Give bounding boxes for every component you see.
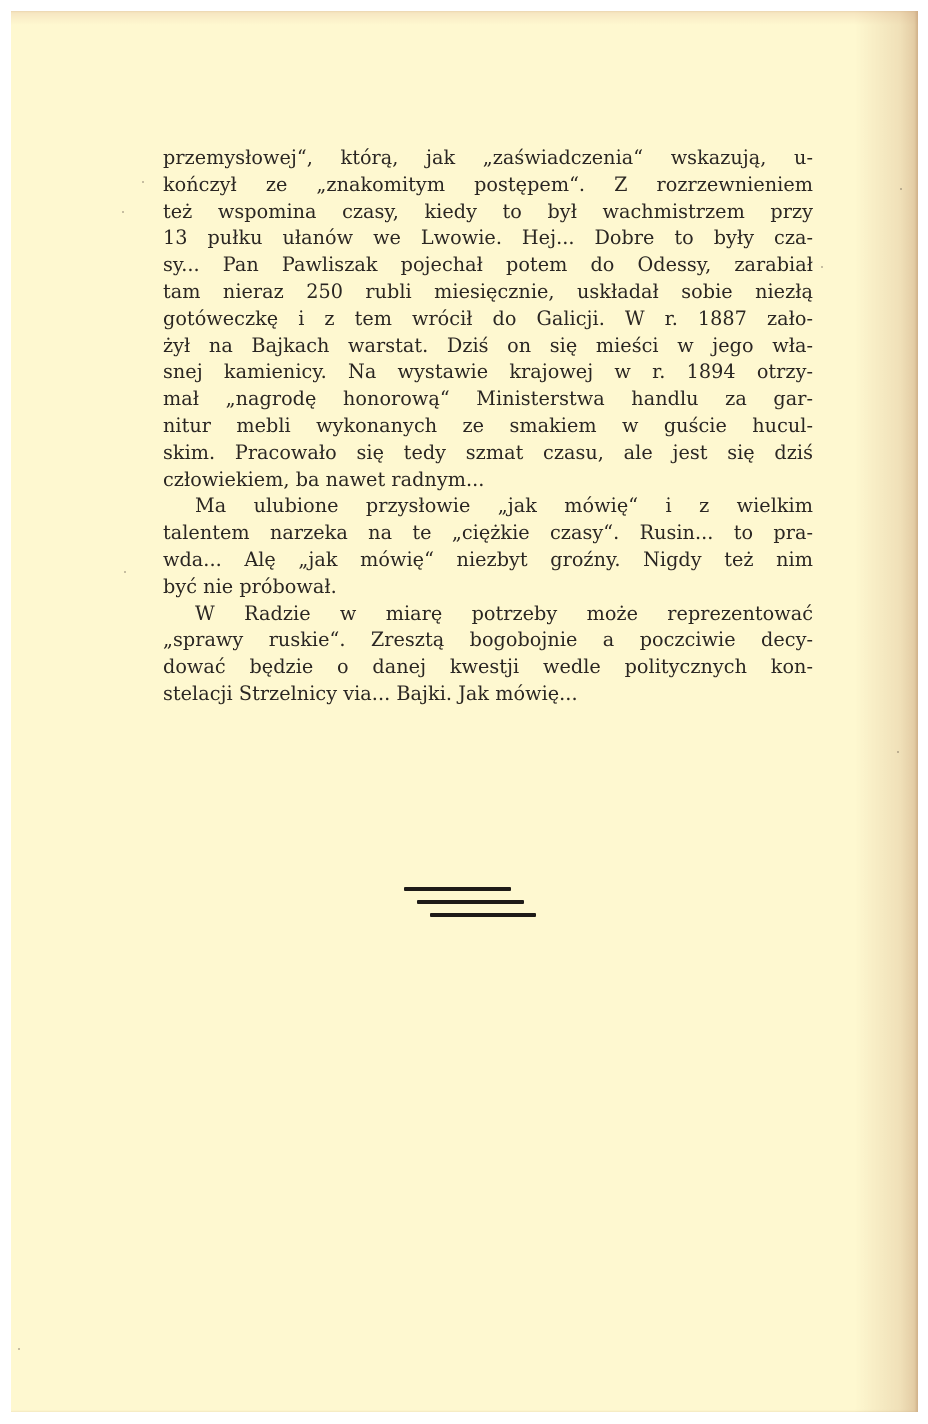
ornament-rule	[430, 913, 536, 917]
scan-speck	[900, 188, 902, 190]
text-line: wda... Alę „jak mówię“ niezbyt groźny. N…	[163, 547, 813, 574]
section-end-ornament	[404, 877, 544, 927]
text-line: żył na Bajkach warstat. Dziś on się mieś…	[163, 333, 813, 360]
ornament-rule	[417, 900, 524, 904]
text-line: przemysłowej“, którą, jak „zaświadczenia…	[163, 145, 813, 172]
text-line: skim. Pracowało się tedy szmat czasu, al…	[163, 440, 813, 467]
scan-speck	[122, 211, 124, 213]
text-line: talentem narzeka na te „ciężkie czasy“. …	[163, 520, 813, 547]
text-line: mał „nagrodę honorową“ Ministerstwa hand…	[163, 386, 813, 413]
scan-speck	[142, 181, 144, 183]
paragraph-3: W Radzie w miarę potrzeby może reprezent…	[163, 601, 813, 708]
text-line: 13 pułku ułanów we Lwowie. Hej... Dobre …	[163, 225, 813, 252]
text-line: stelacji Strzelnicy via... Bajki. Jak mó…	[163, 681, 813, 708]
scan-speck	[18, 1348, 20, 1350]
text-line: też wspomina czasy, kiedy to był wachmis…	[163, 199, 813, 226]
text-line: kończył ze „znakomitym postępem“. Z rozr…	[163, 172, 813, 199]
text-line: W Radzie w miarę potrzeby może reprezent…	[163, 601, 813, 628]
text-line: snej kamienicy. Na wystawie krajowej w r…	[163, 359, 813, 386]
scanned-page: przemysłowej“, którą, jak „zaświadczenia…	[11, 11, 918, 1412]
text-line: „sprawy ruskie“. Zresztą bogobojnie a po…	[163, 627, 813, 654]
text-line: tam nieraz 250 rubli miesięcznie, uskład…	[163, 279, 813, 306]
ornament-rule	[404, 887, 511, 891]
paragraph-1: przemysłowej“, którą, jak „zaświadczenia…	[163, 145, 813, 493]
text-line: Ma ulubione przysłowie „jak mówię“ i z w…	[163, 493, 813, 520]
paragraph-2: Ma ulubione przysłowie „jak mówię“ i z w…	[163, 493, 813, 600]
text-line: człowiekiem, ba nawet radnym...	[163, 467, 813, 494]
text-line: nitur mebli wykonanych ze smakiem w guśc…	[163, 413, 813, 440]
text-line: gotóweczkę i z tem wrócił do Galicji. W …	[163, 306, 813, 333]
scan-speck	[124, 571, 126, 573]
scan-speck	[897, 751, 899, 753]
text-line: sy... Pan Pawliszak pojechał potem do Od…	[163, 252, 813, 279]
text-line: być nie próbował.	[163, 574, 813, 601]
scan-speck	[821, 266, 823, 268]
text-line: dować będzie o danej kwestji wedle polit…	[163, 654, 813, 681]
body-text: przemysłowej“, którą, jak „zaświadczenia…	[163, 145, 813, 708]
